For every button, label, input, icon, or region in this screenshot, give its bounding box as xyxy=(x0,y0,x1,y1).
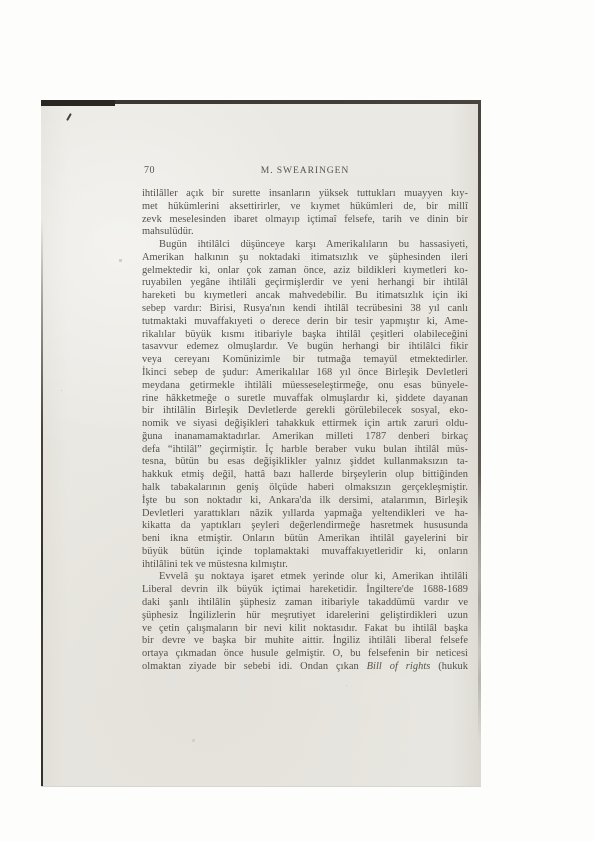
italic-text-segment: Bill of rights xyxy=(367,661,431,672)
scan-edge-right xyxy=(478,102,481,742)
text-segment: halk tabakalarının geniş ölçüde haberi o… xyxy=(142,482,468,493)
text-segment: zevk meselesinden ibaret olmayıp içtimaî… xyxy=(142,214,468,225)
text-segment: İkinci sebep de şudur: Amerikalılar 168 … xyxy=(142,367,468,378)
text-line: sebep vardır: Birisi, Rusya'nın kendi ih… xyxy=(142,303,468,316)
text-segment: veya cereyanı Komünizimle bir tutmağa te… xyxy=(142,354,468,365)
text-segment: Liberal devrin ilk büyük içtimai hareket… xyxy=(142,584,468,595)
text-line: İkinci sebep de şudur: Amerikalılar 168 … xyxy=(142,367,468,380)
text-line: tasavvur edemez olmuşlardır. Ve bugün he… xyxy=(142,341,468,354)
paragraph: Evvelâ şu noktaya işaret etmek yerinde o… xyxy=(142,571,468,673)
text-line: büyük bütün içinde toplamaktaki muvaffak… xyxy=(142,546,468,559)
text-line: İşte bu son noktadır ki, Ankara'da ilk d… xyxy=(142,495,468,508)
text-segment: meydana getirmekle ihtilâli müesseseleşt… xyxy=(142,380,468,391)
text-line: ihtilâlini tek ve müstesna kılmıştır. xyxy=(142,559,468,572)
text-segment: tesna, bütün bu esas değişiklikler yalnı… xyxy=(142,456,468,467)
text-segment: ihtilâlini tek ve müstesna kılmıştır. xyxy=(142,559,288,570)
text-segment: hareketi bu kıymetleri ancak mahvedebili… xyxy=(142,290,468,301)
text-segment: defa “ihtilâl” geçirmiştir. İç harble be… xyxy=(142,444,468,455)
text-line: nomik ve siyasi değişikleri tahakkuk ett… xyxy=(142,418,468,431)
text-line: ğuna inanamamaktadırlar. Amerikan millet… xyxy=(142,431,468,444)
text-segment: ğuna inanamamaktadırlar. Amerikan millet… xyxy=(142,431,468,442)
text-segment: Devletleri yarattıkları nâzik yıllarda y… xyxy=(142,508,468,519)
text-line: veya cereyanı Komünizimle bir tutmağa te… xyxy=(142,354,468,367)
text-line: halk tabakalarının geniş ölçüde haberi o… xyxy=(142,482,468,495)
text-line: hakkuk etmiş değil, hattâ bazı hallerde … xyxy=(142,469,468,482)
text-line: Devletleri yarattıkları nâzik yıllarda y… xyxy=(142,508,468,521)
text-line: bir ihtilâlin Birleşik Devletlerde gerek… xyxy=(142,405,468,418)
text-segment: beni ikna etmiştir. Onların bütün Amerik… xyxy=(142,533,468,544)
text-line: ruyabilen yegâne ihtilâli geçirmişlerdir… xyxy=(142,277,468,290)
text-segment: bir ihtilâlin Birleşik Devletlerde gerek… xyxy=(142,405,468,416)
paragraph: ihtilâller açık bir surette insanların y… xyxy=(142,188,468,239)
text-segment: kikatta da yaptıkları şeyleri değerlendi… xyxy=(142,520,468,531)
text-segment: Evvelâ şu noktaya işaret etmek yerinde o… xyxy=(159,571,468,582)
running-head: M. SWEARINGEN xyxy=(142,165,468,177)
text-segment: büyük bütün içinde toplamaktaki muvaffak… xyxy=(142,546,468,557)
text-segment: rikalılar büyük kısmı itibariyle başka i… xyxy=(142,329,468,340)
text-line: meydana getirmekle ihtilâli müesseseleşt… xyxy=(142,380,468,393)
text-line: ortaya çıkmadan önce husule gelmiştir. O… xyxy=(142,648,468,661)
text-segment: Amerikan halkının şu noktadaki itimatsız… xyxy=(142,252,468,263)
text-block: ihtilâller açık bir surette insanların y… xyxy=(142,188,468,674)
text-segment: ruyabilen yegâne ihtilâli geçirmişlerdir… xyxy=(142,277,468,288)
text-line: ve çetin çalışmaların bir nevi kilit nok… xyxy=(142,623,468,636)
text-line: Amerikan halkının şu noktadaki itimatsız… xyxy=(142,252,468,265)
text-line: olmaktan ziyade bir sebebi idi. Ondan çı… xyxy=(142,661,468,674)
text-segment: şüphesiz İngilizlerin hür meşrutiyet ida… xyxy=(142,610,468,621)
text-segment: ve çetin çalışmaların bir nevi kilit nok… xyxy=(142,623,468,634)
scanned-page: 70 M. SWEARINGEN ihtilâller açık bir sur… xyxy=(41,100,481,786)
text-line: mahsulüdür. xyxy=(142,226,468,239)
text-line: rikalılar büyük kısmı itibariyle başka i… xyxy=(142,329,468,342)
text-segment: tasavvur edemez olmuşlardır. Ve bugün he… xyxy=(142,341,468,352)
text-line: gelmektedir ki, onlar çok zaman önce, az… xyxy=(142,265,468,278)
text-segment: ortaya çıkmadan önce husule gelmiştir. O… xyxy=(142,648,468,659)
text-segment: hakkuk etmiş değil, hattâ bazı hallerde … xyxy=(142,469,468,480)
page-header: 70 M. SWEARINGEN xyxy=(142,165,468,178)
text-segment: nomik ve siyasi değişikleri tahakkuk ett… xyxy=(142,418,468,429)
text-line: beni ikna etmiştir. Onların bütün Amerik… xyxy=(142,533,468,546)
text-segment: gelmektedir ki, onlar çok zaman önce, az… xyxy=(142,265,468,276)
scan-background: 70 M. SWEARINGEN ihtilâller açık bir sur… xyxy=(0,0,595,841)
text-segment: mahsulüdür. xyxy=(142,226,194,237)
text-segment: met hükümlerini aksettirirler, ve kıymet… xyxy=(142,201,468,212)
paper-specks xyxy=(41,100,42,101)
text-line: rine hâkketmeğe o suretle muvaffak olmuş… xyxy=(142,393,468,406)
text-segment: daki şanlı ihtilâlin şüphesiz zaman itib… xyxy=(142,597,468,608)
text-segment: bir devre ve başka bir muhite aittir. İn… xyxy=(142,635,468,646)
text-line: daki şanlı ihtilâlin şüphesiz zaman itib… xyxy=(142,597,468,610)
text-line: Liberal devrin ilk büyük içtimai hareket… xyxy=(142,584,468,597)
text-segment: Bugün ihtilâlci düşünceye karşı Amerikal… xyxy=(159,239,468,250)
text-line: zevk meselesinden ibaret olmayıp içtimaî… xyxy=(142,214,468,227)
text-line: defa “ihtilâl” geçirmiştir. İç harble be… xyxy=(142,444,468,457)
text-line: ihtilâller açık bir surette insanların y… xyxy=(142,188,468,201)
text-line: Bugün ihtilâlci düşünceye karşı Amerikal… xyxy=(142,239,468,252)
screenshot-root: { "page": { "number": "70", "running_hea… xyxy=(0,0,595,841)
text-segment: sebep vardır: Birisi, Rusya'nın kendi ih… xyxy=(142,303,468,314)
text-line: Evvelâ şu noktaya işaret etmek yerinde o… xyxy=(142,571,468,584)
text-line: kikatta da yaptıkları şeyleri değerlendi… xyxy=(142,520,468,533)
text-segment: rine hâkketmeğe o suretle muvaffak olmuş… xyxy=(142,393,468,404)
text-segment: (hukuk xyxy=(430,661,468,672)
text-segment: olmaktan ziyade bir sebebi idi. Ondan çı… xyxy=(142,661,367,672)
scan-edge-left xyxy=(41,218,43,786)
text-segment: ihtilâller açık bir surette insanların y… xyxy=(142,188,468,199)
text-segment: tutmaktaki muvaffakıyeti o derece derin … xyxy=(142,316,468,327)
paragraph: Bugün ihtilâlci düşünceye karşı Amerikal… xyxy=(142,239,468,571)
text-line: met hükümlerini aksettirirler, ve kıymet… xyxy=(142,201,468,214)
text-line: bir devre ve başka bir muhite aittir. İn… xyxy=(142,635,468,648)
text-line: tesna, bütün bu esas değişiklikler yalnı… xyxy=(142,456,468,469)
text-line: şüphesiz İngilizlerin hür meşrutiyet ida… xyxy=(142,610,468,623)
scan-edge-top-corner xyxy=(41,100,115,106)
page-number: 70 xyxy=(144,165,155,177)
text-line: hareketi bu kıymetleri ancak mahvedebili… xyxy=(142,290,468,303)
text-line: tutmaktaki muvaffakıyeti o derece derin … xyxy=(142,316,468,329)
text-segment: İşte bu son noktadır ki, Ankara'da ilk d… xyxy=(142,495,468,506)
ink-smudge xyxy=(66,113,72,121)
